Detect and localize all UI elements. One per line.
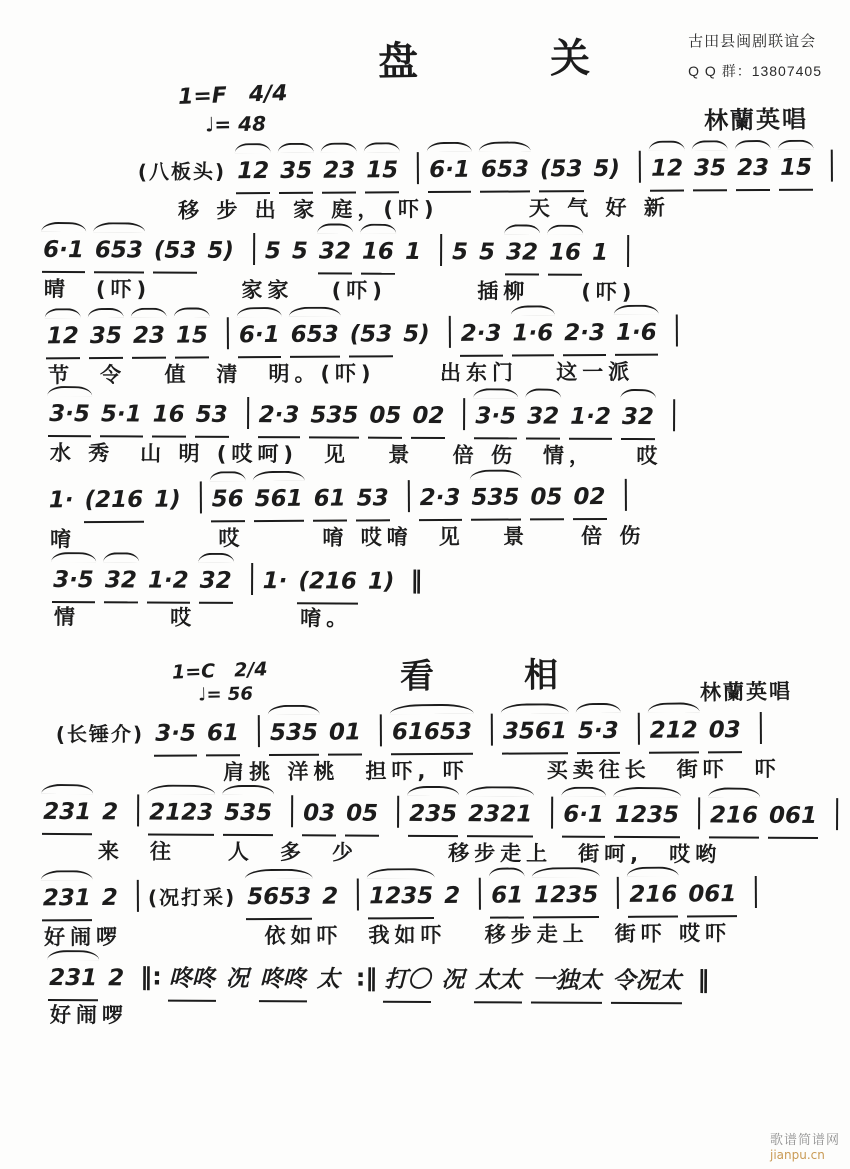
note-group: 一独太 (531, 960, 602, 1003)
note-group: 1· (48, 480, 75, 520)
song1-title: 盘 关 (378, 26, 637, 87)
barline (479, 878, 481, 910)
note-group: 1) (367, 562, 396, 602)
note-group: 231 (42, 878, 92, 921)
note-group: 咚咚 (168, 959, 216, 1002)
note-group: 咚咚 (259, 959, 307, 1002)
double-barline: ‖ (410, 560, 422, 600)
note-group: 61653 (391, 712, 473, 756)
note-group: 5·1 (100, 394, 143, 437)
barline (676, 315, 678, 347)
sheet-music-page: 古田县闽剧联谊会 Q Q 群：13807405 盘 关 1=F 4/4 ♩= 4… (0, 0, 850, 1169)
note-group: 5 (264, 231, 282, 271)
note-group: 1·2 (569, 397, 612, 440)
time-signature: 4/4 (248, 81, 288, 107)
barline (417, 152, 419, 184)
song2-title: 看 相 (400, 647, 586, 698)
barline (200, 481, 202, 513)
note-group: 653 (94, 230, 144, 273)
note-group: 32 (104, 560, 138, 603)
note-group: 15 (175, 315, 209, 358)
note-group: 231 (48, 958, 98, 1001)
barline (698, 797, 700, 829)
note-group: 3·5 (474, 396, 517, 439)
note-group: 12 (650, 148, 684, 191)
music-system: 2312‖:咚咚况咚咚太:‖打〇况太太一独太令况太‖好闹啰 (38, 956, 836, 1042)
annotation: (况打采) (148, 877, 237, 918)
note-group: 01 (328, 712, 362, 755)
double-barline: ‖ (697, 959, 709, 999)
song2-key: 1=C 2/4 (172, 654, 268, 684)
music-system: 3·55·116532·353505023·5321·232水 秀 山 明 (哎… (38, 394, 836, 480)
note-group: 3561 (502, 711, 568, 754)
barline (408, 480, 410, 512)
barline (624, 479, 626, 511)
notes-row: 3·5321·2321·(2161)‖ (38, 558, 836, 604)
note-group: (216 (84, 480, 145, 523)
lyrics-row: 来 往 人 多 少 移步走上 街呵, 哎哟 (38, 834, 836, 876)
barline (291, 795, 293, 827)
watermark: 歌谱简谱网 jianpu.cn (770, 1133, 840, 1163)
note-group: 16 (151, 395, 185, 438)
notes-row: 23122123535030523523216·11235216061 (38, 792, 836, 838)
note-group: 2·3 (563, 313, 606, 356)
note-group: 32 (526, 396, 560, 439)
annotation: (八板头) (138, 151, 227, 192)
note-group: 23 (322, 150, 356, 193)
note-group: 2 (321, 877, 339, 917)
note-group: 2·3 (258, 395, 301, 438)
note-group: 05 (529, 477, 563, 520)
lyrics-row: 好闹啰 (38, 998, 836, 1040)
barline (449, 316, 451, 348)
note-group: 05 (368, 396, 402, 439)
note-group: 15 (365, 150, 399, 193)
note-group: 1· (262, 561, 289, 601)
note-group: 2 (101, 792, 119, 832)
note-group: 5 (478, 232, 496, 272)
double-barline: ‖: (140, 956, 162, 996)
double-barline: :‖ (356, 958, 378, 998)
barline (617, 877, 619, 909)
note-group: 令况太 (611, 961, 682, 1004)
song2-singer: 林蘭英唱 (700, 675, 793, 707)
lyrics-row: 移 步 出 家 庭，(吓) 天 气 好 新 (38, 190, 836, 233)
barline (137, 880, 139, 912)
note-group: 61 (206, 713, 240, 756)
note-group: 2123 (148, 792, 214, 835)
barline (831, 150, 833, 182)
note-group: 32 (318, 231, 352, 274)
barline (551, 797, 553, 829)
barline (227, 317, 229, 349)
note-group: 1 (404, 232, 422, 272)
note-group: 535 (223, 793, 273, 836)
note-group: 3·5 (154, 713, 197, 756)
notes-row: (长锤介)3·561535016165335615·321203 (38, 710, 836, 757)
note-group: 03 (302, 793, 336, 836)
lyrics-row: 节 令 值 清 明。(吓) 出东门 这一派 (38, 354, 836, 397)
note-group: 2·3 (419, 478, 462, 521)
note-group: 23 (736, 148, 770, 191)
note-group: 1·6 (511, 313, 554, 356)
note-group: 535 (470, 477, 520, 520)
barline (251, 563, 253, 595)
note-group: 653 (480, 149, 530, 192)
note-group: 1235 (368, 876, 434, 919)
note-group: 61 (313, 479, 347, 522)
barline (836, 798, 838, 830)
lyrics-row: 好闹啰 依如吓 我如吓 移步走上 街吓 哎吓 (38, 916, 836, 959)
lyrics-row: 水 秀 山 明 (哎呵) 见 景 倍 伤 情， 哎 (38, 436, 836, 478)
note-group: 235 (408, 794, 458, 837)
note-group: 32 (621, 397, 655, 440)
barline (755, 876, 757, 908)
note-group: 212 (649, 710, 699, 753)
key-signature: 1=C (172, 660, 216, 683)
note-group: 6·1 (562, 795, 605, 838)
time-signature: 2/4 (234, 658, 268, 681)
barline (258, 715, 260, 747)
barline (627, 235, 629, 267)
music-system: 123523156·1653(535)2·31·62·31·6节 令 值 清 明… (38, 312, 836, 399)
barline (638, 713, 640, 745)
barline (639, 151, 641, 183)
note-group: 35 (279, 151, 313, 194)
notes-row: 3·55·116532·353505023·5321·232 (38, 394, 836, 440)
barline (491, 714, 493, 746)
song1-singer: 林蘭英唱 (704, 99, 809, 136)
note-group: 16 (548, 233, 582, 276)
note-group: 5) (402, 314, 431, 354)
note-group: 6·1 (42, 230, 85, 273)
notes-row: 2312(况打采)5653212352611235216061 (38, 874, 836, 921)
notes-row: 123523156·1653(535)2·31·62·31·6 (38, 312, 836, 359)
note-group: (53 (153, 231, 198, 274)
barline (440, 234, 442, 266)
note-group: 15 (779, 148, 813, 191)
note-group: 5653 (246, 877, 312, 920)
note-group: 535 (269, 713, 319, 756)
note-group: 23 (132, 316, 166, 359)
note-group: 32 (198, 561, 232, 604)
key-signature: 1=F (178, 83, 228, 110)
song1-tempo: ♩= 48 (205, 111, 266, 136)
lyrics-row: 唷 哎 唷 哎唷 见 景 倍 伤 (38, 518, 836, 561)
music-system: (八板头)123523156·1653(535)12352315移 步 出 家 … (38, 148, 836, 235)
note-group: 5 (291, 231, 309, 271)
note-group: 561 (254, 479, 304, 522)
note-group: 061 (768, 796, 818, 839)
note-group: 2·3 (460, 314, 503, 357)
note-group: 3·5 (48, 394, 91, 437)
barline (137, 794, 139, 826)
note-group: 5·3 (577, 711, 620, 754)
note-group: 1·6 (615, 313, 658, 356)
barline (357, 878, 359, 910)
note-group: 况 (225, 959, 250, 999)
barline (397, 796, 399, 828)
qq-group: Q Q 群：13807405 (688, 61, 822, 81)
note-group: 1235 (614, 795, 680, 838)
note-group: (216 (297, 561, 358, 604)
note-group: 12 (46, 316, 80, 359)
note-group: 35 (693, 148, 727, 191)
song1-score: (八板头)123523156·1653(535)12352315移 步 出 家 … (38, 150, 836, 642)
watermark-url: jianpu.cn (770, 1148, 840, 1163)
barline (247, 397, 249, 429)
note-group: 5 (451, 232, 469, 272)
notes-row: 2312‖:咚咚况咚咚太:‖打〇况太太一独太令况太‖ (38, 956, 836, 1002)
org-name: 古田县闽剧联谊会 (688, 30, 822, 51)
note-group: 2 (107, 958, 125, 998)
music-system: (长锤介)3·561535016165335615·321203肩挑 洋桃 担吓… (38, 710, 836, 797)
note-group: 6·1 (428, 150, 471, 193)
music-system: 3·5321·2321·(2161)‖情 哎 唷。 (38, 558, 836, 644)
song2-score: (长锤介)3·561535016165335615·321203肩挑 洋桃 担吓… (38, 712, 836, 1040)
note-group: 02 (411, 396, 445, 439)
note-group: 32 (505, 232, 539, 275)
watermark-site: 歌谱简谱网 (770, 1133, 840, 1148)
note-group: 16 (361, 232, 395, 275)
note-group: 12 (236, 151, 270, 194)
song2-tempo: ♩= 56 (198, 684, 253, 706)
note-group: 03 (708, 710, 742, 753)
note-group: 05 (345, 794, 379, 837)
music-system: 1·(2161)5656161532·35350502唷 哎 唷 哎唷 见 景 … (38, 476, 836, 563)
note-group: 1) (153, 480, 182, 520)
notes-row: 1·(2161)5656161532·35350502 (38, 476, 836, 523)
annotation: (长锤介) (56, 714, 145, 755)
note-group: 216 (628, 875, 678, 918)
barline (673, 399, 675, 431)
music-system: 23122123535030523523216·11235216061来 往 人… (38, 792, 836, 878)
note-group: 2 (101, 878, 119, 918)
note-group: 2321 (467, 794, 533, 837)
note-group: 况 (440, 960, 465, 1000)
barline (463, 398, 465, 430)
note-group: 35 (89, 316, 123, 359)
lyrics-row: 情 哎 唷。 (38, 600, 836, 642)
note-group: 太太 (474, 960, 522, 1003)
note-group: 6·1 (238, 315, 281, 358)
note-group: 5) (206, 231, 235, 271)
barline (760, 712, 762, 744)
music-system: 2312(况打采)5653212352611235216061好闹啰 依如吓 我… (38, 874, 836, 961)
notes-row: (八板头)123523156·1653(535)12352315 (38, 148, 836, 195)
note-group: 1235 (533, 875, 599, 918)
note-group: 1 (591, 233, 609, 273)
note-group: 1·2 (147, 560, 190, 603)
note-group: 216 (709, 795, 759, 838)
barline (253, 233, 255, 265)
notes-row: 6·1653(535)55321615532161 (38, 230, 836, 276)
note-group: 535 (309, 395, 359, 438)
note-group: 02 (572, 477, 606, 520)
publisher-block: 古田县闽剧联谊会 Q Q 群：13807405 (688, 30, 822, 81)
note-group: (53 (539, 149, 584, 192)
note-group: 2 (443, 876, 461, 916)
note-group: 53 (356, 478, 390, 521)
note-group: 53 (195, 395, 229, 438)
note-group: 太 (316, 959, 341, 999)
note-group: 56 (211, 479, 245, 522)
note-group: 3·5 (52, 560, 95, 603)
barline (380, 714, 382, 746)
note-group: 61 (490, 875, 524, 918)
note-group: 打〇 (383, 960, 431, 1003)
song1-key: 1=F 4/4 (177, 76, 287, 111)
note-group: 061 (687, 874, 737, 917)
music-system: 6·1653(535)55321615532161晴 (吓) 家家 (吓) 插柳… (38, 230, 836, 316)
note-group: 5) (592, 149, 621, 189)
note-group: 653 (290, 315, 340, 358)
note-group: (53 (349, 314, 394, 357)
note-group: 231 (42, 792, 92, 835)
